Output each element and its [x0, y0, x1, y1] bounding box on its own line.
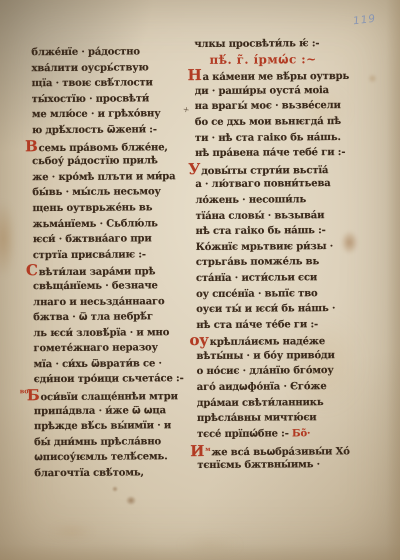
manuscript-line: нѣ пра́вена па́че тебе́ ги :- [195, 145, 357, 162]
manuscript-line: єди́нои тро́ици сьчета́се :- [34, 372, 187, 389]
line-text: довы́ты стрти́и вьстїа́ [201, 165, 328, 177]
line-text: тїа́на словы́ · вьзыва́и [196, 210, 325, 222]
manuscript-line: благочтїа свѣ́томь, [34, 465, 187, 482]
manuscript-line: бы́вь · мы́сль несьмоу [32, 184, 185, 201]
line-text: вѣти́лаи зара́ми прѣ [39, 267, 156, 279]
manuscript-line: припа́двла · и́же ѿ ѡца [34, 403, 187, 420]
line-text: крѣпла́иємь наде́же [210, 336, 325, 348]
manuscript-line: оу спсе́нїа · вьпїє тво [196, 285, 358, 302]
manuscript-line: свѣща́нїемь · безначе [33, 278, 186, 295]
line-text: вѣты́ны · и бо́у приво́ди [196, 350, 334, 362]
manuscript-page-photo: 119 + блже́нїе · ра́достнохва́лити оусрь… [0, 0, 400, 560]
line-text: же · кро́мѣ плъти и ми́ра [32, 171, 175, 183]
manuscript-line: щень оутврьже́нь вь [32, 200, 185, 217]
manuscript-line: бжтва · ѿ тла небрѣ́г [33, 309, 186, 326]
manuscript-line: ѥси́ · бжтвна́аго при [33, 231, 186, 248]
manuscript-line: мїа · си́хь ѿврати́в се · [34, 356, 187, 373]
line-text: ѥси́ · бжтвна́аго при [33, 233, 152, 245]
rubric-marker: Бо̃· [289, 428, 311, 439]
manuscript-line: нѣ ста гаіко бь на́шь :- [196, 223, 358, 240]
line-text: лнаго и несьзда́ннааго [33, 296, 164, 308]
manuscript-line: воБоси́вїи слаще́ннѣи мтри [34, 387, 187, 404]
manuscript-line: нѣ ста па́че те́бе ги :- [196, 317, 358, 334]
line-text: благочтїа свѣ́томь, [34, 467, 144, 479]
manuscript-line: аго́ аидѡфо́нїа · Єго́же [197, 379, 359, 396]
manuscript-line: ты́хостїю · просвѣти́ [32, 91, 185, 108]
manuscript-line: прѣжде вѣ́сь вы́имїи · и [34, 418, 187, 435]
line-text: хва́лити оусрь́ствую [31, 62, 148, 74]
line-text: бы́ дни́мнь прѣсла́вно [34, 436, 161, 448]
line-text: оси́вїи слаще́ннѣи мтри [40, 391, 177, 403]
line-text: ѡписоу́ѥмль телѣ́семь. [34, 452, 167, 464]
manuscript-line: стрьга́вь помже́ль вь [196, 254, 358, 271]
line-text: ло́жень · несоши́ль [195, 194, 306, 206]
line-text: ди · раши́ры оуста́ моіа [195, 85, 329, 97]
manuscript-line: Удовы́ты стрти́и вьстїа́ [195, 161, 357, 178]
rubric-initial: С [26, 261, 38, 279]
line-text: нѣ пра́вена па́че тебе́ ги :- [195, 147, 345, 159]
line-text: а · лю́тваго повни́тьева [195, 178, 330, 190]
manuscript-line: щїа · твоѥ свѣ́тлости [32, 75, 185, 92]
manuscript-line: на врагы́ моє · вьзве́сели [195, 98, 357, 115]
manuscript-line: ме млю́се · и грѣхо́вну [32, 106, 185, 123]
line-text: дра́маи свѣти́ланникь [197, 397, 324, 409]
line-text: нѣ ста гаіко бь на́шь :- [196, 225, 326, 237]
line-text: єди́нои тро́ици сьчета́се :- [34, 374, 184, 386]
manuscript-line: тєсе́ прїпѡ́бне :- Бо̃· [197, 426, 359, 443]
margin-gloss: во [20, 384, 29, 400]
line-text: бы́вь · мы́сль несьмоу [32, 187, 160, 199]
line-text: оу спсе́нїа · вьпїє тво [196, 288, 317, 300]
line-text: припа́двла · и́же ѿ ѡца [34, 405, 166, 417]
manuscript-line: ю дрѣ́хлость ѿжени́ :- [32, 122, 185, 139]
rubric-initial: Н [188, 66, 202, 84]
line-text: на врагы́ моє · вьзве́сели [195, 100, 341, 112]
manuscript-line: оуєи ты́ и ѥси́ бь на́шь · [196, 301, 358, 318]
manuscript-line: дра́маи свѣти́ланникь [197, 395, 359, 412]
manuscript-line: вѣты́ны · и бо́у приво́ди [196, 348, 358, 365]
manuscript-line: члкы просвѣти́ль ѥ́ :- [194, 36, 356, 53]
line-text: ста́нїа · исти́сльи єси [196, 272, 317, 284]
manuscript-line: хва́лити оусрь́ствую [31, 60, 184, 77]
rubric-superscript: м [205, 446, 210, 453]
manuscript-line: сьбоу́ ра́достїю прилѣ [32, 153, 185, 170]
line-text: семь пра́вомь блже́не, [39, 142, 168, 154]
line-text: тєсе́ прїпѡ́бне :- [197, 428, 289, 440]
manuscript-text: + блже́нїе · ра́достнохва́лити оусрь́ств… [0, 0, 400, 560]
manuscript-line: ль ѥси́ зловѣ́рїа · и мно [33, 325, 186, 342]
line-text: стрьга́вь помже́ль вь [196, 256, 319, 268]
manuscript-line: Ко́жнїє мрьтвиѥ ри́зы · [196, 239, 358, 256]
line-text: нѣ ста па́че те́бе ги :- [196, 319, 318, 331]
manuscript-line: блже́нїе · ра́достно [31, 44, 184, 61]
line-text: прѣжде вѣ́сь вы́имїи · и [34, 420, 171, 432]
manuscript-line: стртїа присва́лиѥ :- [33, 247, 186, 264]
manuscript-line: гомете́жнаго неразоу [33, 340, 186, 357]
line-text: сьбоу́ ра́достїю прилѣ [32, 155, 158, 167]
rubric-initial: У [188, 160, 200, 178]
manuscript-line: тїа́на словы́ · вьзыва́и [196, 207, 358, 224]
manuscript-line: жьма́нїемь · Сьблю́ль [33, 216, 186, 233]
line-text: члкы просвѣти́ль ѥ́ :- [194, 38, 319, 50]
rubric-line: пѣ́. г̃. і́рмѡ́с :~ [194, 51, 356, 68]
manuscript-line: ѡписоу́ѥмль телѣ́семь. [34, 450, 187, 467]
manuscript-line: а · лю́тваго повни́тьева [195, 176, 357, 193]
line-text: ме млю́се · и грѣхо́вну [32, 109, 161, 121]
line-text: прѣсла́вны мичтю́єи [197, 412, 317, 424]
manuscript-line: лнаго и несьзда́ннааго [33, 294, 186, 311]
manuscript-line: бо се дхь мои вьнѥгда́ пѣ [195, 114, 357, 131]
line-text: гомете́жнаго неразоу [33, 343, 157, 355]
line-text: пѣ́. г̃. і́рмѡ́с :~ [209, 52, 316, 67]
line-text: ю дрѣ́хлость ѿжени́ :- [32, 124, 157, 136]
text-column-right: члкы просвѣти́ль ѥ́ :-пѣ́. г̃. і́рмѡ́с :… [194, 36, 359, 474]
rubric-initial: В [25, 137, 38, 155]
manuscript-line: тєнїємь бжтвны́имь · [197, 457, 359, 474]
manuscript-line: На ка́мени ме вѣ́ры оутврь [195, 67, 357, 84]
manuscript-line: Имже вса́ вьѡбра́зивы́и Хо́ [197, 441, 359, 458]
text-column-left: блже́нїе · ра́достнохва́лити оусрь́ствую… [31, 44, 187, 482]
line-text: жьма́нїемь · Сьблю́ль [33, 218, 158, 230]
manuscript-line: Всемь пра́вомь блже́не, [32, 138, 185, 155]
manuscript-line: ти · нѣ ста гаіко бь на́шь. [195, 129, 357, 146]
line-text: ль ѥси́ зловѣ́рїа · и мно [33, 327, 169, 339]
line-text: ты́хостїю · просвѣти́ [32, 93, 150, 105]
line-text: о но́сиє · дла́нїю бго́моу [197, 366, 334, 378]
line-text: блже́нїе · ра́достно [31, 46, 140, 58]
line-text: ти · нѣ ста гаіко бь на́шь. [195, 132, 341, 144]
rubric-initial: оу [189, 331, 208, 349]
manuscript-line: ста́нїа · исти́сльи єси [196, 270, 358, 287]
line-text: щень оутврьже́нь вь [32, 202, 152, 214]
line-text: бжтва · ѿ тла небрѣ́г [33, 311, 153, 323]
manuscript-line: ди · раши́ры оуста́ моіа [195, 83, 357, 100]
line-text: свѣща́нїемь · безначе [33, 280, 158, 292]
line-text: бо се дхь мои вьнѥгда́ пѣ [195, 116, 341, 128]
manuscript-line: бы́ дни́мнь прѣсла́вно [34, 434, 187, 451]
manuscript-line: о но́сиє · дла́нїю бго́моу [197, 363, 359, 380]
line-text: аго́ аидѡфо́нїа · Єго́же [197, 381, 327, 393]
line-text: тєнїємь бжтвны́имь · [197, 459, 320, 471]
line-text: щїа · твоѥ свѣ́тлости [32, 78, 153, 90]
line-text: оуєи ты́ и ѥси́ бь на́шь · [196, 303, 335, 315]
line-text: а ка́мени ме вѣ́ры оутврь [203, 71, 350, 83]
line-text: стртїа присва́лиѥ :- [33, 249, 146, 261]
manuscript-line: оукрѣпла́иємь наде́же [196, 332, 358, 349]
manuscript-line: Свѣти́лаи зара́ми прѣ [33, 262, 186, 279]
manuscript-line: ло́жень · несоши́ль [195, 192, 357, 209]
manuscript-line: же · кро́мѣ плъти и ми́ра [32, 169, 185, 186]
manuscript-line: прѣсла́вны мичтю́єи [197, 410, 359, 427]
line-text: мїа · си́хь ѿврати́в се · [34, 358, 162, 370]
line-text: Ко́жнїє мрьтвиѥ ри́зы · [196, 241, 333, 253]
